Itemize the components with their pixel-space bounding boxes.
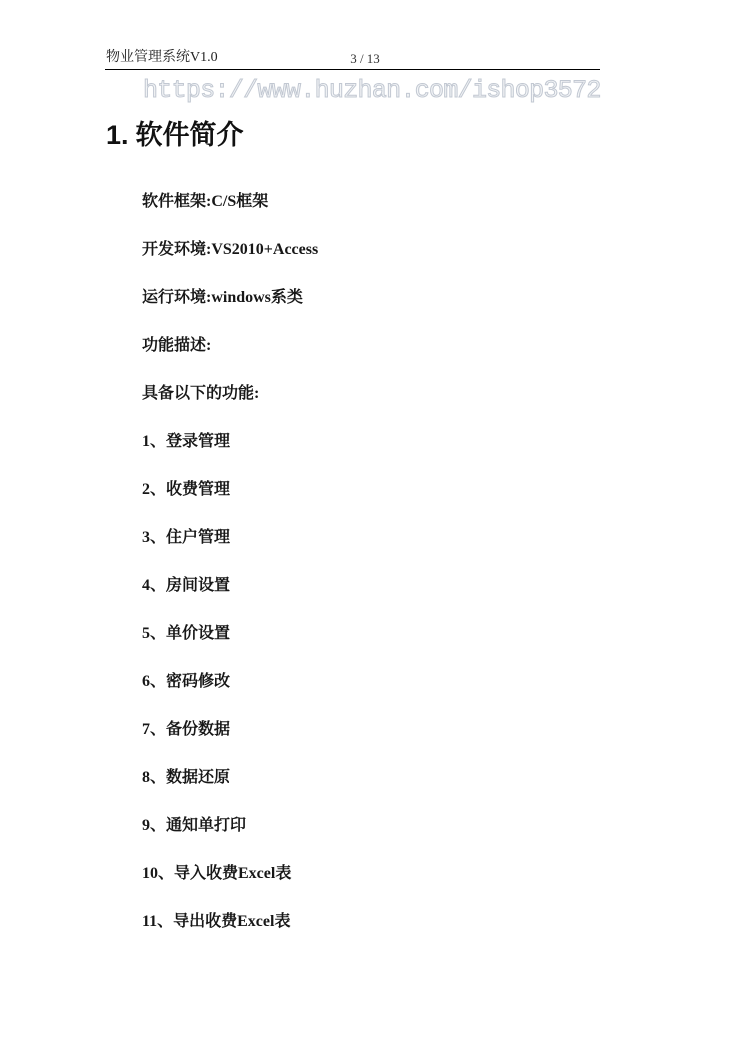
paragraph-function-desc: 功能描述: [142,338,318,354]
list-item-restore-data: 8、数据还原 [142,770,318,786]
paragraph-dev-environment: 开发环境:VS2010+Access [142,242,318,258]
watermark-url-text: https://www.huzhan.com/ishop3572 [143,74,601,108]
list-item-import-excel: 10、导入收费Excel表 [142,866,318,882]
list-item-backup-data: 7、备份数据 [142,722,318,738]
section-heading: 1.软件简介 [106,118,244,152]
document-page: 物业管理系统V1.0 3 / 13 https://www.huzhan.com… [0,0,750,1060]
list-item-export-excel: 11、导出收费Excel表 [142,914,318,930]
document-body: 软件框架:C/S框架 开发环境:VS2010+Access 运行环境:windo… [142,194,318,962]
section-heading-text: 软件简介 [136,120,244,150]
list-item-login-mgmt: 1、登录管理 [142,434,318,450]
header-page-number: 3 / 13 [305,51,425,66]
list-item-room-setting: 4、房间设置 [142,578,318,594]
paragraph-run-environment: 运行环境:windows系类 [142,290,318,306]
paragraph-function-intro: 具备以下的功能: [142,386,318,402]
section-heading-number: 1. [106,120,129,150]
list-item-fee-mgmt: 2、收费管理 [142,482,318,498]
list-item-password-change: 6、密码修改 [142,674,318,690]
list-item-resident-mgmt: 3、住户管理 [142,530,318,546]
header-document-title: 物业管理系统V1.0 [106,50,218,66]
header-rule-divider [105,69,600,70]
list-item-price-setting: 5、单价设置 [142,626,318,642]
list-item-notice-print: 9、通知单打印 [142,818,318,834]
paragraph-software-framework: 软件框架:C/S框架 [142,194,318,210]
